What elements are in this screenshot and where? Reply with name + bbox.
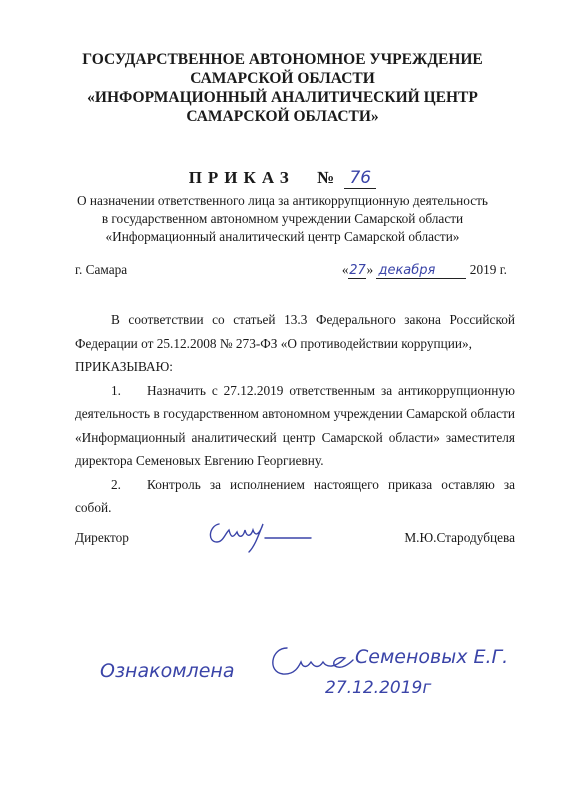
city: г. Самара — [75, 262, 127, 278]
document-title: ПРИКАЗ № 76 — [0, 168, 565, 189]
header-line: САМАРСКОЙ ОБЛАСТИ — [60, 69, 505, 88]
date-year: 2019 г. — [470, 262, 507, 277]
date-month-handwritten: декабря — [376, 263, 466, 279]
document-body: В соответствии со статьей 13.3 Федеральн… — [75, 308, 515, 520]
signatory-role: Директор — [75, 530, 129, 546]
director-signature-icon — [205, 516, 315, 560]
header-line: «ИНФОРМАЦИОННЫЙ АНАЛИТИЧЕСКИЙ ЦЕНТР — [60, 88, 505, 107]
number-label: № — [317, 168, 334, 187]
subtitle-line: О назначении ответственного лица за анти… — [60, 192, 505, 210]
preamble: В соответствии со статьей 13.3 Федеральн… — [75, 308, 515, 355]
date-close-quote: » — [366, 262, 373, 277]
acknowledgement-date-handwritten: 27.12.2019г — [325, 678, 431, 698]
item-number: 2. — [111, 473, 147, 497]
acknowledgement-name-handwritten: Семеновых Е.Г. — [355, 646, 508, 668]
date-open-quote: « — [342, 262, 349, 277]
document-subtitle: О назначении ответственного лица за анти… — [60, 192, 505, 246]
order-date: «27» декабря 2019 г. — [342, 262, 507, 279]
date-day-handwritten: 27 — [348, 263, 366, 279]
order-word: ПРИКАЗЫВАЮ: — [75, 355, 515, 379]
signatory-name: М.Ю.Стародубцева — [404, 530, 515, 546]
subtitle-line: «Информационный аналитический центр Сама… — [60, 228, 505, 246]
header-line: САМАРСКОЙ ОБЛАСТИ» — [60, 107, 505, 126]
item-number: 1. — [111, 379, 147, 403]
organization-header: ГОСУДАРСТВЕННОЕ АВТОНОМНОЕ УЧРЕЖДЕНИЕ СА… — [60, 50, 505, 126]
title-text: ПРИКАЗ — [189, 168, 295, 187]
subtitle-line: в государственном автономном учреждении … — [60, 210, 505, 228]
order-item: 1.Назначить с 27.12.2019 ответственным з… — [75, 379, 515, 473]
order-number-handwritten: 76 — [344, 168, 376, 189]
acknowledgement-block: Ознакомлена Семеновых Е.Г. 27.12.2019г — [100, 640, 530, 710]
document-page: ГОСУДАРСТВЕННОЕ АВТОНОМНОЕ УЧРЕЖДЕНИЕ СА… — [0, 0, 565, 800]
header-line: ГОСУДАРСТВЕННОЕ АВТОНОМНОЕ УЧРЕЖДЕНИЕ — [60, 50, 505, 69]
order-item: 2.Контроль за исполнением настоящего при… — [75, 473, 515, 520]
acknowledgement-label-handwritten: Ознакомлена — [100, 660, 234, 682]
